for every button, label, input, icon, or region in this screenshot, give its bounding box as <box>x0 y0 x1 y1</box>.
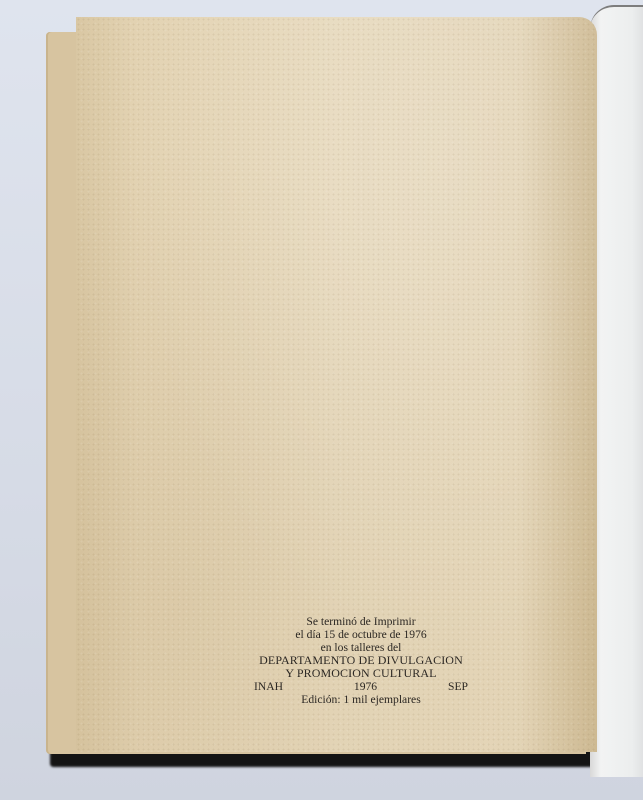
colophon-imprint-row: INAH 1976 SEP <box>254 680 468 693</box>
colophon-block: Se terminó de Imprimir el día 15 de octu… <box>250 615 472 706</box>
colophon-page: Se terminó de Imprimir el día 15 de octu… <box>76 17 597 752</box>
colophon-line-promotion: Y PROMOCION CULTURAL <box>250 667 472 680</box>
colophon-line-printed: Se terminó de Imprimir <box>250 615 472 628</box>
colophon-line-date: el día 15 de octubre de 1976 <box>250 628 472 641</box>
imprint-year: 1976 <box>354 680 377 693</box>
book-cover-right <box>590 5 643 777</box>
imprint-left-mark: INAH <box>254 680 283 693</box>
colophon-line-edition: Edición: 1 mil ejemplares <box>250 693 472 706</box>
imprint-right-mark: SEP <box>448 680 468 693</box>
